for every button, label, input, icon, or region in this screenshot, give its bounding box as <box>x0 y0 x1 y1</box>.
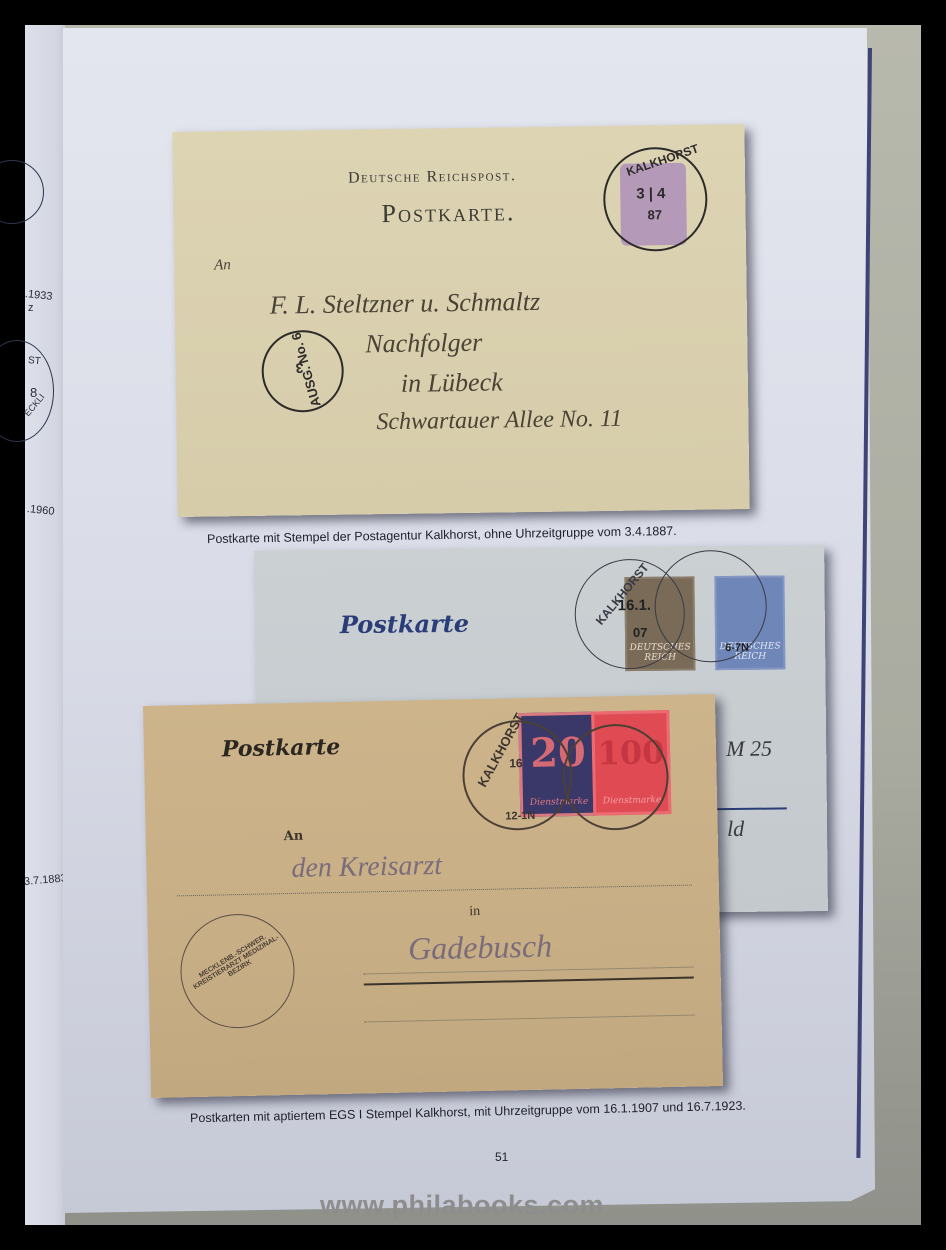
address-line-4: Schwartauer Allee No. 11 <box>376 406 622 436</box>
cancel-year: 87 <box>647 207 662 222</box>
address-line: den Kreisarzt <box>291 850 442 885</box>
address-underline <box>364 977 694 985</box>
kalkhorst-cancel-2 <box>654 550 767 663</box>
address-fragment-1: M 25 <box>726 736 772 762</box>
cancel-time: 12-1N <box>505 810 535 823</box>
address-line-2: Nachfolger <box>365 328 482 360</box>
address-dotted-line-3 <box>365 1015 695 1023</box>
city: Gadebusch <box>408 928 553 968</box>
address-rule <box>712 807 787 810</box>
cancel-date: 16 <box>509 756 523 770</box>
postcard-1887: Deutsche Reichspost. Postkarte. KALKHORS… <box>172 124 749 517</box>
postcard-title: Postkarte. <box>381 197 515 229</box>
kalkhorst-cancel-2 <box>561 723 669 831</box>
address-prefix: An <box>284 829 304 844</box>
postcard-1923: Postkarte 20 Dienstmarke 100 Dienstmarke… <box>143 694 723 1098</box>
arrival-cancel-number: 3 <box>296 360 304 376</box>
cancel-date: 16.1. <box>618 597 652 614</box>
left-page-text-z: z <box>28 302 34 314</box>
frame-bottom <box>0 1225 946 1250</box>
page-number: 51 <box>495 1150 508 1164</box>
watermark: www.philabooks.com <box>320 1190 604 1221</box>
address-dotted-line-1 <box>177 885 692 897</box>
address-prefix: An <box>214 257 231 274</box>
cancel-time: 6-7N <box>725 642 749 654</box>
in-label: in <box>469 904 480 920</box>
postcard-title: Postkarte <box>340 609 469 639</box>
left-page-text-st: ST <box>27 355 41 367</box>
postcard-title: Postkarte <box>222 734 341 762</box>
address-line-3: in Lübeck <box>401 367 503 398</box>
address-dotted-line-2 <box>364 967 694 975</box>
postcard-header: Deutsche Reichspost. <box>348 167 517 187</box>
address-fragment-2: ld <box>727 816 744 842</box>
address-line-1: F. L. Steltzner u. Schmaltz <box>270 287 541 321</box>
cancel-date: 3 | 4 <box>636 185 665 202</box>
cancel-year: 07 <box>633 625 648 640</box>
